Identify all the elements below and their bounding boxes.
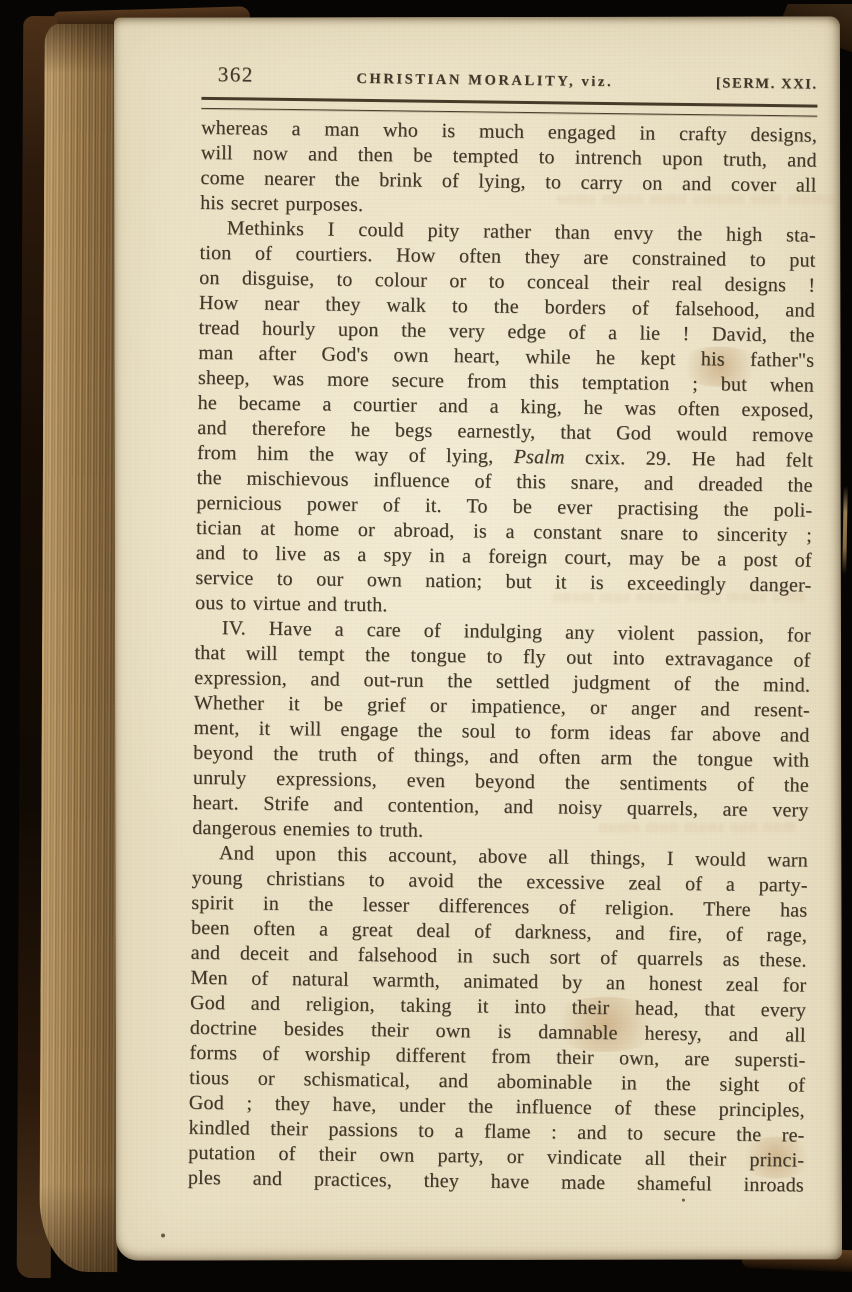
page-content: 362 CHRISTIAN MORALITY, viz. [SERM. XXI.… (100, 17, 829, 1199)
book-page: umnm mne nnumu umm nnum smne nmu sunm nn… (114, 16, 842, 1260)
page-header: 362 CHRISTIAN MORALITY, viz. [SERM. XXI. (202, 62, 818, 100)
book-scan: umnm mne nnumu umm nnum smne nmu sunm nn… (0, 0, 852, 1292)
ink-speck (682, 1199, 685, 1202)
text-block: whereas a man who is much engaged in cra… (188, 116, 817, 1199)
ink-speck (161, 1234, 165, 1238)
italic-citation: Psalm (514, 446, 565, 469)
page-number: 362 (218, 62, 254, 87)
running-title: CHRISTIAN MORALITY, viz. (254, 70, 716, 93)
header-double-rule (201, 97, 817, 117)
section-marker: [SERM. XXI. (716, 75, 818, 93)
page-edge-sliver (842, 486, 848, 574)
